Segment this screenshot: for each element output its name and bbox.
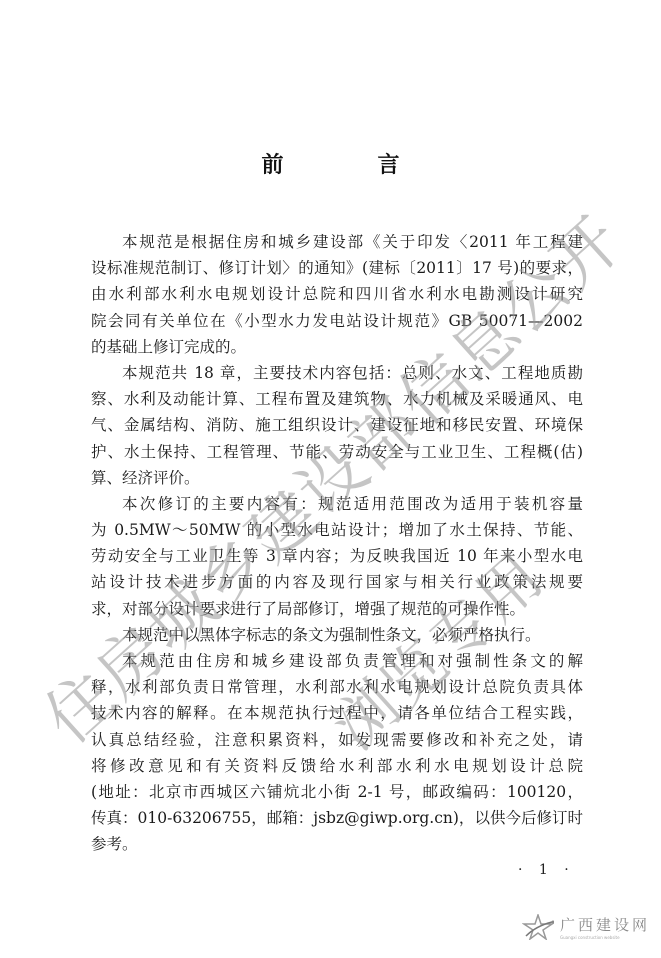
star-logo-icon [522, 914, 554, 940]
site-logo: 广西建设网 Guangxi construction website [522, 912, 657, 952]
logo-title: 广西建设网 [560, 914, 650, 935]
page-title: 前 言 [0, 148, 661, 179]
text-line: 护、水土保持、工程管理、节能、劳动安全与工业卫生、工程概(估) [91, 439, 583, 465]
text-line: 站设计技术进步方面的内容及现行国家与相关行业政策法规要 [91, 569, 583, 595]
text-line: 算、经济评价。 [91, 465, 583, 491]
text-line: 院会同有关单位在《小型水力发电站设计规范》GB 50071—2002 [91, 308, 583, 334]
text-line: 劳动安全与工业卫生等 3 章内容；为反映我国近 10 年来小型水电 [91, 543, 583, 569]
text-line: 认真总结经验，注意积累资料，如发现需要修改和补充之处，请 [91, 727, 583, 753]
text-line: 本次修订的主要内容有：规范适用范围改为适用于装机容量 [91, 491, 583, 517]
text-line: 将修改意见和有关资料反馈给水利部水利水电规划设计总院 [91, 753, 583, 779]
text-line: 为 0.5MW～50MW 的小型水电站设计；增加了水土保持、节能、 [91, 517, 583, 543]
text-line: 参考。 [91, 831, 583, 857]
text-line: 求，对部分设计要求进行了局部修订，增强了规范的可操作性。 [91, 596, 583, 622]
text-line: 气、金属结构、消防、施工组织设计、建设征地和移民安置、环境保 [91, 412, 583, 438]
text-line: (地址：北京市西城区六铺炕北小街 2-1 号，邮政编码：100120， [91, 779, 583, 805]
text-line: 的基础上修订完成的。 [91, 334, 583, 360]
text-line: 本规范中以黑体字标志的条文为强制性条文，必须严格执行。 [91, 622, 583, 648]
document-page: 前 言 本规范是根据住房和城乡建设部《关于印发〈2011 年工程建 设标准规范制… [0, 0, 661, 958]
text-line: 本规范是根据住房和城乡建设部《关于印发〈2011 年工程建 [91, 229, 583, 255]
text-line: 技术内容的解释。在本规范执行过程中，请各单位结合工程实践， [91, 700, 583, 726]
page-number: · 1 · [518, 862, 575, 878]
text-line: 释，水利部负责日常管理，水利部水利水电规划设计总院负责具体 [91, 674, 583, 700]
text-line: 设标准规范制订、修订计划〉的通知》(建标〔2011〕17 号)的要求， [91, 255, 583, 281]
text-line: 由水利部水利水电规划设计总院和四川省水利水电勘测设计研究 [91, 281, 583, 307]
text-line: 本规范由住房和城乡建设部负责管理和对强制性条文的解 [91, 648, 583, 674]
logo-subtitle: Guangxi construction website [560, 935, 620, 940]
text-line: 本规范共 18 章，主要技术内容包括：总则、水文、工程地质勘 [91, 360, 583, 386]
text-line: 察、水利及动能计算、工程布置及建筑物、水力机械及采暖通风、电 [91, 386, 583, 412]
text-line: 传真：010-63206755，邮箱：jsbz@giwp.org.cn)，以供今… [91, 805, 583, 831]
document-body: 本规范是根据住房和城乡建设部《关于印发〈2011 年工程建 设标准规范制订、修订… [91, 229, 583, 858]
